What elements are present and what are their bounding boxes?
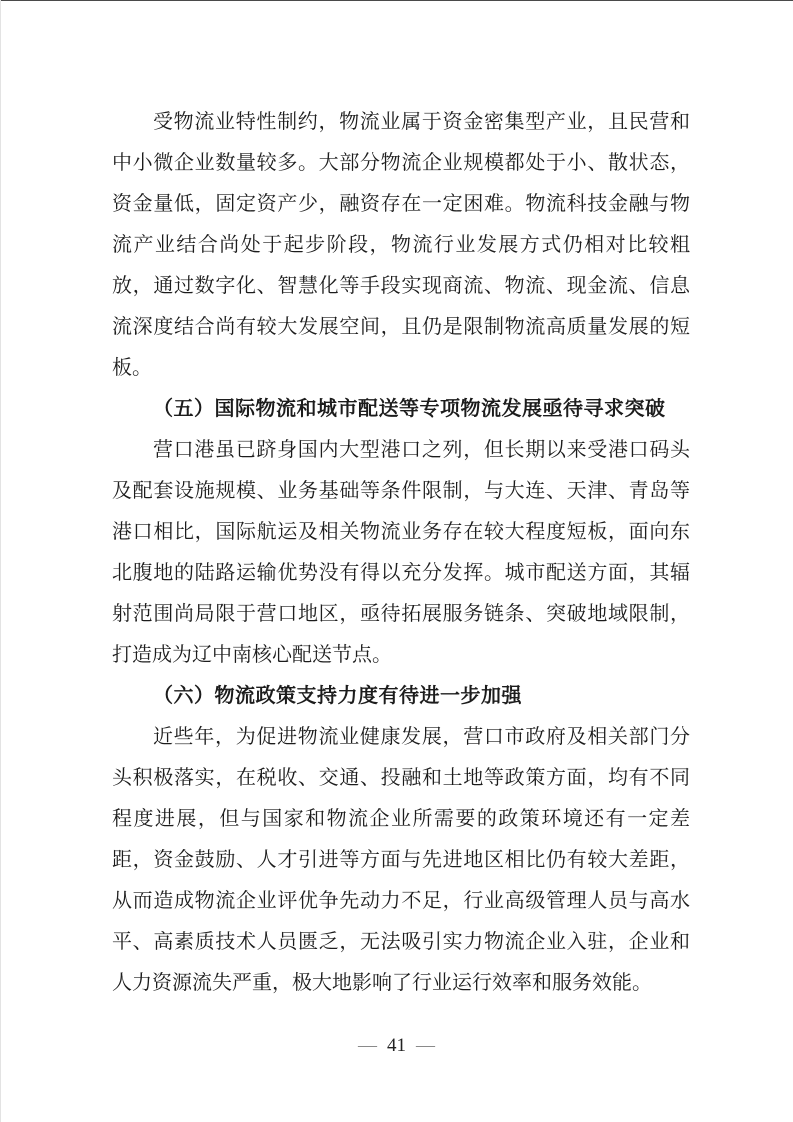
- section-heading: （六）物流政策支持力度有待进一步加强: [112, 676, 690, 717]
- paragraph-line: 打造成为辽中南核心配送节点。: [112, 635, 690, 676]
- paragraph-line: 程度进展，但与国家和物流企业所需要的政策环境还有一定差: [112, 799, 690, 840]
- paragraph-line: 板。: [112, 348, 690, 389]
- paragraph-line: 距，资金鼓励、人才引进等方面与先进地区相比仍有较大差距，: [112, 840, 690, 881]
- paragraph-line: 平、高素质技术人员匮乏，无法吸引实力物流企业入驻，企业和: [112, 922, 690, 963]
- footer-dash-left: —: [358, 1035, 377, 1056]
- paragraph-line: 北腹地的陆路运输优势没有得以充分发挥。城市配送方面，其辐: [112, 553, 690, 594]
- section-heading: （五）国际物流和城市配送等专项物流发展亟待寻求突破: [112, 389, 690, 430]
- paragraph-line: 放，通过数字化、智慧化等手段实现商流、物流、现金流、信息: [112, 266, 690, 307]
- paragraph-line: 人力资源流失严重，极大地影响了行业运行效率和服务效能。: [112, 963, 690, 1004]
- paragraph-line: 近些年，为促进物流业健康发展，营口市政府及相关部门分: [112, 717, 690, 758]
- document-text-block: 受物流业特性制约，物流业属于资金密集型产业，且民营和中小微企业数量较多。大部分物…: [112, 102, 690, 1004]
- paragraph-line: 射范围尚局限于营口地区，亟待拓展服务链条、突破地域限制，: [112, 594, 690, 635]
- scan-artifact-left-edge: [0, 0, 1, 1122]
- paragraph-line: 中小微企业数量较多。大部分物流企业规模都处于小、散状态，: [112, 143, 690, 184]
- paragraph-line: 头积极落实，在税收、交通、投融和土地等政策方面，均有不同: [112, 758, 690, 799]
- page-footer: —41—: [0, 1033, 793, 1059]
- page-number: 41: [387, 1035, 406, 1056]
- paragraph-line: 从而造成物流企业评优争先动力不足，行业高级管理人员与高水: [112, 881, 690, 922]
- footer-dash-right: —: [416, 1035, 435, 1056]
- paragraph-line: 流产业结合尚处于起步阶段，物流行业发展方式仍相对比较粗: [112, 225, 690, 266]
- paragraph-line: 及配套设施规模、业务基础等条件限制，与大连、天津、青岛等: [112, 471, 690, 512]
- scan-artifact-top-edge: [0, 0, 793, 1]
- paragraph-line: 资金量低，固定资产少，融资存在一定困难。物流科技金融与物: [112, 184, 690, 225]
- paragraph-line: 营口港虽已跻身国内大型港口之列，但长期以来受港口码头: [112, 430, 690, 471]
- paragraph-line: 流深度结合尚有较大发展空间，且仍是限制物流高质量发展的短: [112, 307, 690, 348]
- paragraph-line: 受物流业特性制约，物流业属于资金密集型产业，且民营和: [112, 102, 690, 143]
- paragraph-line: 港口相比，国际航运及相关物流业务存在较大程度短板，面向东: [112, 512, 690, 553]
